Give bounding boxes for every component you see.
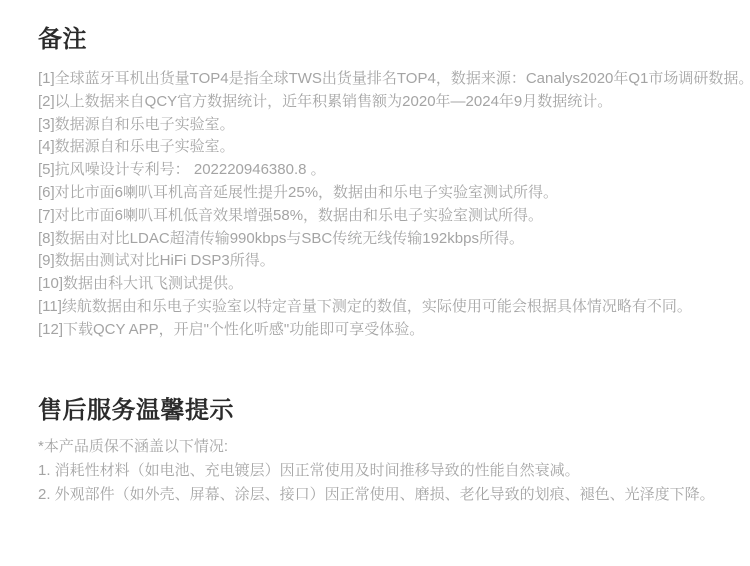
after-sales-line: 2. 外观部件（如外壳、屏幕、涂层、接口）因正常使用、磨损、老化导致的划痕、褪色… xyxy=(38,483,714,507)
after-sales-section: 售后服务温馨提示 *本产品质保不涵盖以下情况: 1. 消耗性材料（如电池、充电镀… xyxy=(38,396,714,508)
after-sales-line: 1. 消耗性材料（如电池、充电镀层）因正常使用及时间推移导致的性能自然衰减。 xyxy=(38,459,714,483)
note-line: [10]数据由科大讯飞测试提供。 xyxy=(38,273,714,296)
note-line: [5]抗风噪设计专利号： 202220946380.8 。 xyxy=(38,159,714,182)
note-line: [12]下载QCY APP，开启"个性化听感"功能即可享受体验。 xyxy=(38,319,714,342)
note-line: [7]对比市面6喇叭耳机低音效果增强58%，数据由和乐电子实验室测试所得。 xyxy=(38,205,714,228)
note-line: [4]数据源自和乐电子实验室。 xyxy=(38,136,714,159)
note-line: [1]全球蓝牙耳机出货量TOP4是指全球TWS出货量排名TOP4，数据来源：Ca… xyxy=(38,68,714,91)
notes-section-title: 备注 xyxy=(38,25,714,55)
product-notes-page: 备注 [1]全球蓝牙耳机出货量TOP4是指全球TWS出货量排名TOP4，数据来源… xyxy=(0,0,750,566)
after-sales-section-title: 售后服务温馨提示 xyxy=(38,396,714,426)
note-line: [6]对比市面6喇叭耳机高音延展性提升25%，数据由和乐电子实验室测试所得。 xyxy=(38,182,714,205)
note-line: [11]续航数据由和乐电子实验室以特定音量下测定的数值，实际使用可能会根据具体情… xyxy=(38,296,714,319)
note-line: [9]数据由测试对比HiFi DSP3所得。 xyxy=(38,250,714,273)
after-sales-list: 1. 消耗性材料（如电池、充电镀层）因正常使用及时间推移导致的性能自然衰减。 2… xyxy=(38,459,714,508)
note-line: [2]以上数据来自QCY官方数据统计，近年积累销售额为2020年—2024年9月… xyxy=(38,91,714,114)
note-line: [8]数据由对比LDAC超清传输990kbps与SBC传统无线传输192kbps… xyxy=(38,228,714,251)
after-sales-intro: *本产品质保不涵盖以下情况: xyxy=(38,435,714,459)
note-line: [3]数据源自和乐电子实验室。 xyxy=(38,114,714,137)
notes-list: [1]全球蓝牙耳机出货量TOP4是指全球TWS出货量排名TOP4，数据来源：Ca… xyxy=(38,68,714,342)
